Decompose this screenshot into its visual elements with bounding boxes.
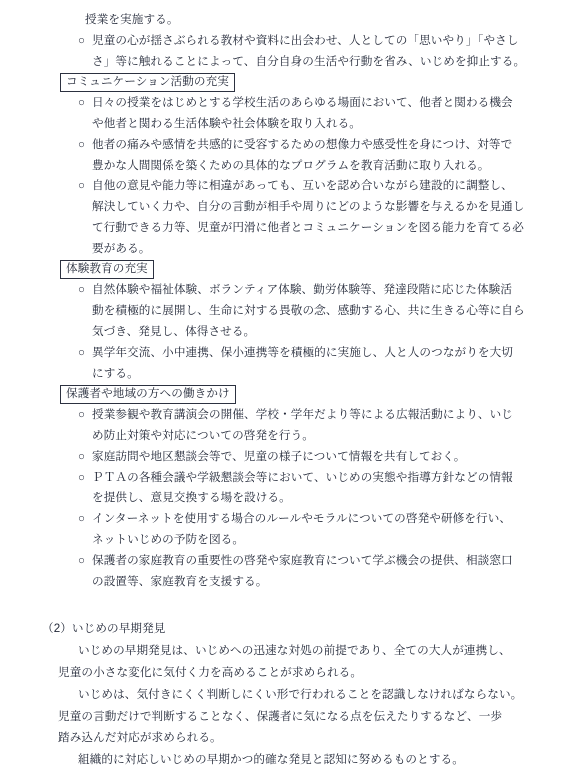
bullet-line: 家庭訪問や地区懇談会等で、児童の様子について情報を共有しておく。 bbox=[92, 447, 549, 468]
bullet-line: 要がある。 bbox=[92, 239, 549, 260]
bullet-line: や他者と関わる生活体験や社会体験を取り入れる。 bbox=[92, 114, 549, 135]
paragraph-line: 児童の言動だけで判断することなく、保護者に気になる点を伝えたりするなど、一歩 bbox=[58, 706, 549, 728]
paragraph: いじめは、気付きにくく判断しにくい形で行われることを認識しなければならない。児童… bbox=[58, 684, 549, 749]
bullet-item: ○児童の心が揺さぶられる教材や資料に出会わせ、人としての「思いやり」「やさしさ」… bbox=[78, 31, 549, 73]
bullet-line: の設置等、家庭教育を支援する。 bbox=[92, 572, 549, 593]
bullet-line: 保護者の家庭教育の重要性の啓発や家庭教育について学ぶ機会の提供、相談窓口 bbox=[92, 551, 549, 572]
bullet-lines: インターネットを使用する場合のルールやモラルについての啓発や研修を行い、ネットい… bbox=[92, 509, 549, 551]
paragraph-line: 組織的に対応しいじめの早期かつ的確な発見と認知に努めるものとする。 bbox=[58, 749, 549, 766]
bullet-line: 授業参観や教育講演会の開催、学校・学年だより等による広報活動により、いじ bbox=[92, 405, 549, 426]
paragraph: いじめの早期発見は、いじめへの迅速な対処の前提であり、全ての大人が連携し、児童の… bbox=[58, 640, 549, 684]
bullet-line: 気づき、発見し、体得させる。 bbox=[92, 322, 549, 343]
subsection-heading: （2）いじめの早期発見 bbox=[42, 618, 549, 640]
document-body: 授業を実施する。○児童の心が揺さぶられる教材や資料に出会わせ、人としての「思いや… bbox=[0, 0, 575, 766]
bullet-line: ＰＴＡの各種会議や学級懇談会等において、いじめの実態や指導方針などの情報 bbox=[92, 468, 549, 489]
bullet-lines: 授業参観や教育講演会の開催、学校・学年だより等による広報活動により、いじめ防止対… bbox=[92, 405, 549, 447]
bullet-lines: 異学年交流、小中連携、保小連携等を積極的に実施し、人と人のつながりを大切にする。 bbox=[92, 343, 549, 385]
bullet-lines: 保護者の家庭教育の重要性の啓発や家庭教育について学ぶ機会の提供、相談窓口の設置等… bbox=[92, 551, 549, 593]
bullet-line: て行動できる力等、児童が円滑に他者とコミュニケーションを図る能力を育てる必 bbox=[92, 218, 549, 239]
bullet-line: 日々の授業をはじめとする学校生活のあらゆる場面において、他者と関わる機会 bbox=[92, 93, 549, 114]
bullet-line: 自然体験や福祉体験、ボランティア体験、勤労体験等、発達段階に応じた体験活 bbox=[92, 280, 549, 301]
bullet-line: 解決していく力や、自分の言動が相手や周りにどのような影響を与えるかを見通し bbox=[92, 197, 549, 218]
bullet-lines: 日々の授業をはじめとする学校生活のあらゆる場面において、他者と関わる機会や他者と… bbox=[92, 93, 549, 135]
bullet-lines: 自然体験や福祉体験、ボランティア体験、勤労体験等、発達段階に応じた体験活動を積極… bbox=[92, 280, 549, 342]
bullet-lines: 自他の意見や能力等に相違があっても、互いを認め合いながら建設的に調整し、解決して… bbox=[92, 176, 549, 259]
bullet-marker: ○ bbox=[78, 405, 92, 447]
bullet-lines: 他者の痛みや感情を共感的に受容するための想像力や感受性を身につけ、対等で豊かな人… bbox=[92, 135, 549, 177]
bullet-item: ○保護者の家庭教育の重要性の啓発や家庭教育について学ぶ機会の提供、相談窓口の設置… bbox=[78, 551, 549, 593]
paragraph-line: 児童の小さな変化に気付く力を高めることが求められる。 bbox=[58, 662, 549, 684]
bullet-item: ○ＰＴＡの各種会議や学級懇談会等において、いじめの実態や指導方針などの情報を提供… bbox=[78, 468, 549, 510]
bullet-item: ○インターネットを使用する場合のルールやモラルについての啓発や研修を行い、ネット… bbox=[78, 509, 549, 551]
subsection-paragraphs: いじめの早期発見は、いじめへの迅速な対処の前提であり、全ての大人が連携し、児童の… bbox=[42, 640, 549, 766]
bullet-line: インターネットを使用する場合のルールやモラルについての啓発や研修を行い、 bbox=[92, 509, 549, 530]
bullet-marker: ○ bbox=[78, 176, 92, 259]
bullet-lines: ＰＴＡの各種会議や学級懇談会等において、いじめの実態や指導方針などの情報を提供し… bbox=[92, 468, 549, 510]
bullet-item: ○自他の意見や能力等に相違があっても、互いを認め合いながら建設的に調整し、解決し… bbox=[78, 176, 549, 259]
document-page: 授業を実施する。○児童の心が揺さぶられる教材や資料に出会わせ、人としての「思いや… bbox=[0, 0, 575, 766]
bullet-line: め防止対策や対応についての啓発を行う。 bbox=[92, 426, 549, 447]
bullet-item: ○日々の授業をはじめとする学校生活のあらゆる場面において、他者と関わる機会や他者… bbox=[78, 93, 549, 135]
bullet-line: 他者の痛みや感情を共感的に受容するための想像力や感受性を身につけ、対等で bbox=[92, 135, 549, 156]
bullet-marker: ○ bbox=[78, 93, 92, 135]
bullet-line: さ」等に触れることによって、自分自身の生活や行動を省み、いじめを抑止する。 bbox=[92, 52, 549, 73]
bullet-item: ○異学年交流、小中連携、保小連携等を積極的に実施し、人と人のつながりを大切にする… bbox=[78, 343, 549, 385]
bullet-marker: ○ bbox=[78, 447, 92, 468]
section-box-header: コミュニケーション活動の充実 bbox=[60, 73, 235, 92]
section-box-header: 体験教育の充実 bbox=[60, 260, 154, 279]
bullet-line: 動を積極的に展開し、生命に対する畏敬の念、感動する心、共に生きる心等に自ら bbox=[92, 301, 549, 322]
bullet-marker: ○ bbox=[78, 468, 92, 510]
bullet-marker: ○ bbox=[78, 509, 92, 551]
box-header-row: 保護者や地域の方への働きかけ bbox=[60, 384, 549, 405]
paragraph-line: 踏み込んだ対応が求められる。 bbox=[58, 727, 549, 749]
bullet-line: 異学年交流、小中連携、保小連携等を積極的に実施し、人と人のつながりを大切 bbox=[92, 343, 549, 364]
bullet-line: にする。 bbox=[92, 364, 549, 385]
bullet-line: 豊かな人間関係を築くための具体的なプログラムを教育活動に取り入れる。 bbox=[92, 156, 549, 177]
bullet-item: ○家庭訪問や地区懇談会等で、児童の様子について情報を共有しておく。 bbox=[78, 447, 549, 468]
paragraph: 組織的に対応しいじめの早期かつ的確な発見と認知に努めるものとする。 bbox=[58, 749, 549, 766]
subsection-early-detection: （2）いじめの早期発見 いじめの早期発見は、いじめへの迅速な対処の前提であり、全… bbox=[42, 618, 549, 766]
bullet-line: を提供し、意見交換する場を設ける。 bbox=[92, 488, 549, 509]
bullet-marker: ○ bbox=[78, 551, 92, 593]
bullet-lines: 児童の心が揺さぶられる教材や資料に出会わせ、人としての「思いやり」「やさしさ」等… bbox=[92, 31, 549, 73]
bullet-lines: 家庭訪問や地区懇談会等で、児童の様子について情報を共有しておく。 bbox=[92, 447, 549, 468]
bullet-item: ○自然体験や福祉体験、ボランティア体験、勤労体験等、発達段階に応じた体験活動を積… bbox=[78, 280, 549, 342]
paragraph-line: いじめの早期発見は、いじめへの迅速な対処の前提であり、全ての大人が連携し、 bbox=[58, 640, 549, 662]
bullet-marker: ○ bbox=[78, 31, 92, 73]
box-header-row: 体験教育の充実 bbox=[60, 260, 549, 281]
bullet-line: 自他の意見や能力等に相違があっても、互いを認め合いながら建設的に調整し、 bbox=[92, 176, 549, 197]
bullet-marker: ○ bbox=[78, 343, 92, 385]
bullet-item: ○授業参観や教育講演会の開催、学校・学年だより等による広報活動により、いじめ防止… bbox=[78, 405, 549, 447]
paragraph-line: いじめは、気付きにくく判断しにくい形で行われることを認識しなければならない。 bbox=[58, 684, 549, 706]
content-flow: 授業を実施する。○児童の心が揺さぶられる教材や資料に出会わせ、人としての「思いや… bbox=[42, 10, 549, 592]
box-header-row: コミュニケーション活動の充実 bbox=[60, 72, 549, 93]
continuation-line: 授業を実施する。 bbox=[85, 10, 549, 31]
bullet-line: ネットいじめの予防を図る。 bbox=[92, 530, 549, 551]
bullet-item: ○他者の痛みや感情を共感的に受容するための想像力や感受性を身につけ、対等で豊かな… bbox=[78, 135, 549, 177]
bullet-line: 児童の心が揺さぶられる教材や資料に出会わせ、人としての「思いやり」「やさし bbox=[92, 31, 549, 52]
bullet-marker: ○ bbox=[78, 280, 92, 342]
section-box-header: 保護者や地域の方への働きかけ bbox=[60, 385, 236, 404]
bullet-marker: ○ bbox=[78, 135, 92, 177]
